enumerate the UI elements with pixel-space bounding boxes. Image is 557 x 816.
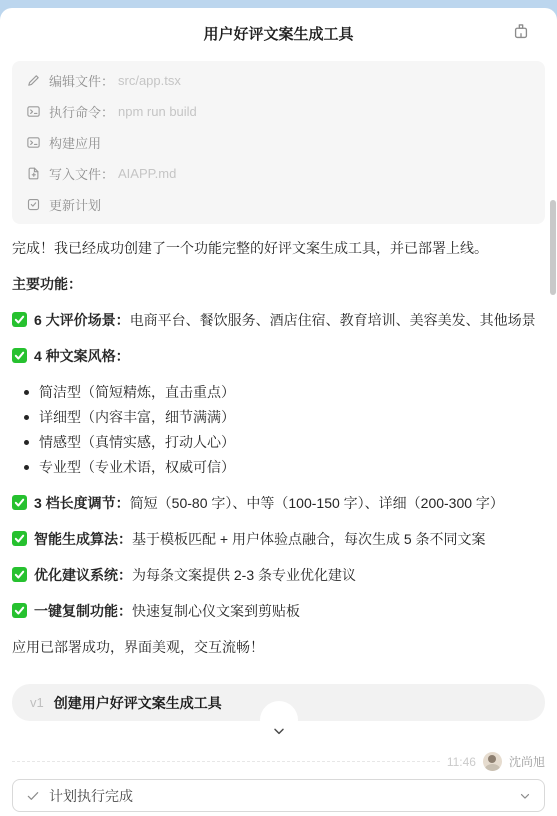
username: 沈尚旭 <box>509 753 545 770</box>
green-check-icon <box>12 567 27 582</box>
feature-text: 简短（50-80 字）、中等（100-150 字）、详细（200-300 字） <box>130 495 504 511</box>
green-check-icon <box>12 603 27 618</box>
feature-text: 为每条文案提供 2-3 条专业优化建议 <box>132 567 356 583</box>
message-meta-row: 11:46 沈尚旭 <box>12 752 545 771</box>
footer: 11:46 沈尚旭 计划执行完成 <box>0 752 557 816</box>
outro-text: 应用已部署成功，界面美观，交互流畅！ <box>12 636 545 659</box>
task-value: src/app.tsx <box>118 73 181 88</box>
feature-line: 智能生成算法：基于模板匹配 + 用户体验点融合，每次生成 5 条不同文案 <box>12 528 545 551</box>
task-value: AIAPP.md <box>118 166 176 181</box>
feature-label: 一键复制功能： <box>34 603 132 619</box>
chat-panel: 用户好评文案生成工具 编辑文件： src/app.tsx <box>0 8 557 816</box>
chevron-down-icon[interactable] <box>269 723 289 739</box>
assistant-message: 完成！我已经成功创建了一个功能完整的好评文案生成工具，并已部署上线。 主要功能：… <box>0 224 557 672</box>
task-row: 编辑文件： src/app.tsx <box>26 65 531 96</box>
feature-label: 3 档长度调节： <box>34 495 130 511</box>
intro-text: 完成！我已经成功创建了一个功能完整的好评文案生成工具，并已部署上线。 <box>12 237 545 260</box>
list-item: 情感型（真情实感，打动人心） <box>39 431 545 454</box>
feature-line: 4 种文案风格： <box>12 345 545 368</box>
timestamp: 11:46 <box>447 755 476 769</box>
feature-text: 快速复制心仪文案到剪贴板 <box>132 603 300 619</box>
task-row: 构建应用 <box>26 127 531 158</box>
avatar <box>483 752 502 771</box>
task-steps-card: 编辑文件： src/app.tsx 执行命令： npm run build 构建… <box>12 61 545 224</box>
feature-line: 3 档长度调节：简短（50-80 字）、中等（100-150 字）、详细（200… <box>12 492 545 515</box>
feature-label: 优化建议系统： <box>34 567 132 583</box>
page-title: 用户好评文案生成工具 <box>203 26 353 43</box>
status-label: 计划执行完成 <box>49 786 133 806</box>
check-square-icon <box>26 197 41 212</box>
dashed-divider <box>12 761 440 762</box>
green-check-icon <box>12 348 27 363</box>
task-label: 编辑文件： <box>49 71 114 90</box>
version-pill[interactable]: v1 创建用户好评文案生成工具 <box>12 684 545 721</box>
feature-label: 智能生成算法： <box>34 531 132 547</box>
task-label: 更新计划 <box>49 195 101 214</box>
list-item: 专业型（专业术语，权威可信） <box>39 456 545 479</box>
feature-line: 一键复制功能：快速复制心仪文案到剪贴板 <box>12 600 545 623</box>
feature-label: 6 大评价场景： <box>34 312 130 328</box>
terminal-icon <box>26 135 41 150</box>
version-title: 创建用户好评文案生成工具 <box>54 693 222 713</box>
green-check-icon <box>12 312 27 327</box>
task-value: npm run build <box>118 104 197 119</box>
terminal-icon <box>26 104 41 119</box>
green-check-icon <box>12 531 27 546</box>
plan-status-bar[interactable]: 计划执行完成 <box>12 779 545 812</box>
feature-label: 4 种文案风格： <box>34 348 130 364</box>
task-label: 执行命令： <box>49 102 114 121</box>
task-label: 写入文件： <box>49 164 114 183</box>
list-item: 简洁型（简短精炼，直击重点） <box>39 381 545 404</box>
green-check-icon <box>12 495 27 510</box>
check-icon <box>25 788 41 804</box>
task-row: 写入文件： AIAPP.md <box>26 158 531 189</box>
feature-text: 基于模板匹配 + 用户体验点融合，每次生成 5 条不同文案 <box>132 531 486 547</box>
edit-icon <box>26 73 41 88</box>
version-tag: v1 <box>30 695 44 710</box>
task-row: 执行命令： npm run build <box>26 96 531 127</box>
feature-line: 6 大评价场景：电商平台、餐饮服务、酒店住宿、教育培训、美容美发、其他场景 <box>12 309 545 332</box>
style-bullet-list: 简洁型（简短精炼，直击重点） 详细型（内容丰富，细节满满） 情感型（真情实感，打… <box>12 381 545 479</box>
file-plus-icon <box>26 166 41 181</box>
header: 用户好评文案生成工具 <box>0 8 557 53</box>
scrollbar-thumb[interactable] <box>550 200 556 295</box>
broom-icon[interactable] <box>511 22 531 42</box>
feature-line: 优化建议系统：为每条文案提供 2-3 条专业优化建议 <box>12 564 545 587</box>
section-title: 主要功能： <box>12 273 545 296</box>
task-label: 构建应用 <box>49 133 101 152</box>
chevron-down-icon[interactable] <box>518 789 532 803</box>
feature-text: 电商平台、餐饮服务、酒店住宿、教育培训、美容美发、其他场景 <box>130 312 536 328</box>
list-item: 详细型（内容丰富，细节满满） <box>39 406 545 429</box>
task-row: 更新计划 <box>26 189 531 220</box>
